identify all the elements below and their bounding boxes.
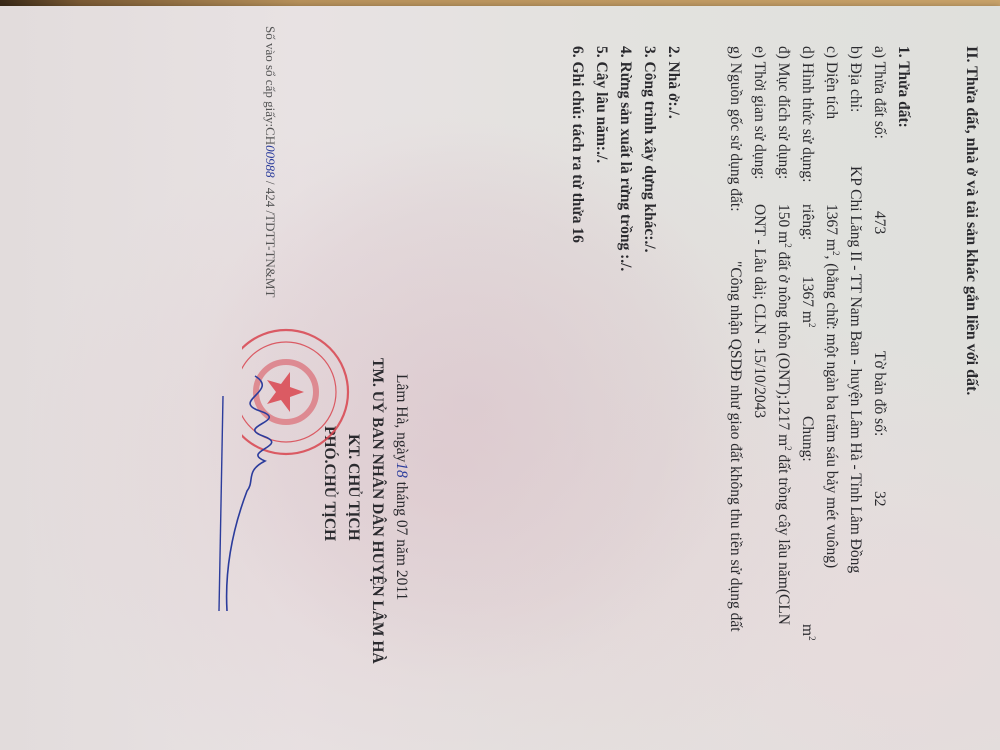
- signing-date: Lâm Hà, ngày18 tháng 07 năm 2011: [392, 374, 410, 600]
- registry-number: Số vào sổ cấp giấy:CH00988 / 424 /TDTT-T…: [262, 26, 278, 297]
- house-item: 2. Nhà ở:./.: [664, 46, 682, 119]
- map-sheet-label: Tờ bản đồ số:: [870, 351, 888, 436]
- production-forest-item: 4. Rừng sản xuất là rừng trồng :./.: [616, 46, 634, 271]
- purpose-label: đ) Mục đích sử dụng:: [774, 46, 792, 179]
- shared-label: Chung:: [798, 416, 816, 462]
- address-label: b) Địa chỉ:: [846, 46, 864, 112]
- private-area: 1367 m2: [798, 276, 816, 327]
- area-label: c) Diện tích: [822, 46, 840, 119]
- land-certificate-page: II. Thửa đất, nhà ở và tài sản khác gắn …: [0, 6, 1000, 750]
- perennial-trees-item: 5. Cây lâu năm:./.: [592, 46, 610, 163]
- area-value: 1367 m2, (bằng chữ: một ngàn ba trăm sáu…: [822, 204, 840, 568]
- land-plot-heading: 1. Thửa đất:: [894, 46, 912, 128]
- origin-value: "Công nhận QSDĐ như giao đất không thu t…: [726, 261, 744, 632]
- other-construction-item: 3. Công trình xây dựng khác:./.: [640, 46, 658, 253]
- plot-number-value: 473: [870, 211, 888, 234]
- private-label: riêng:: [798, 204, 816, 240]
- plot-number-label: a) Thửa đất số:: [870, 46, 888, 139]
- note-item: 6. Ghi chú: tách ra từ thửa 16: [568, 46, 586, 243]
- purpose-value: 150 m2 đất ở nông thôn (ONT);1217 m2 đất…: [774, 204, 792, 625]
- duration-label: e) Thời gian sử dụng:: [750, 46, 768, 179]
- address-value: KP Chi Lăng II - TT Nam Ban - huyện Lâm …: [846, 166, 864, 573]
- issuing-organization: TM. UỶ BAN NHÂN DÂN HUYỆN LÂM HÀ: [368, 358, 386, 664]
- duration-value: ONT - Lâu dài; CLN - 15/10/2043: [750, 204, 768, 418]
- handwritten-signature: [215, 366, 285, 616]
- shared-area: m2: [798, 624, 816, 641]
- map-sheet-value: 32: [870, 491, 888, 507]
- section-heading: II. Thửa đất, nhà ở và tài sản khác gắn …: [962, 46, 980, 395]
- usage-form-label: d) Hình thức sử dụng:: [798, 46, 816, 183]
- origin-label: g) Nguồn gốc sử dụng đất:: [726, 46, 744, 212]
